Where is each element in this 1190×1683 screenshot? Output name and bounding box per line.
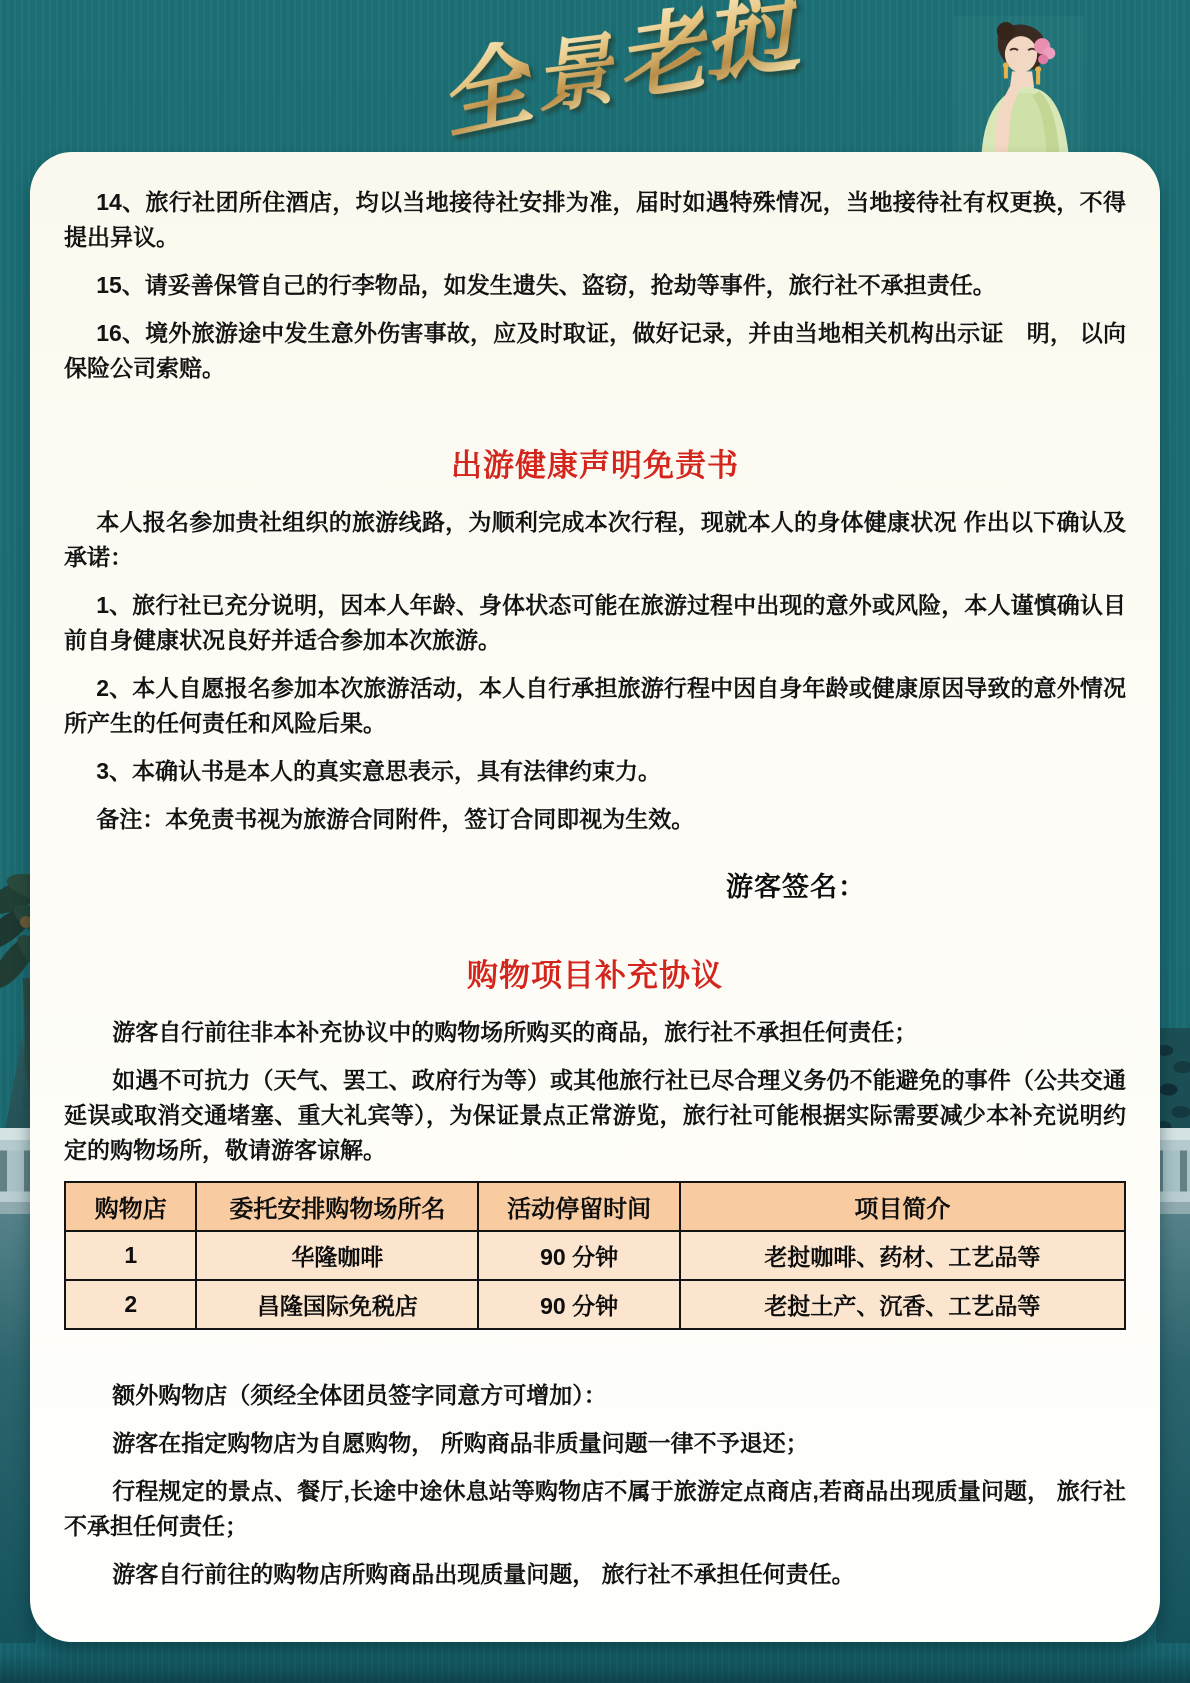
term-item-16: 16、境外旅游途中发生意外伤害事故，应及时取证，做好记录，并由当地相关机构出示证… — [64, 316, 1126, 386]
table-header-shop-no: 购物店 — [65, 1182, 196, 1231]
footer-note-1: 额外购物店（须经全体团员签字同意方可增加）： — [64, 1378, 1126, 1413]
shopping-agreement-title: 购物项目补充协议 — [64, 950, 1126, 995]
shopping-footer-notes: 额外购物店（须经全体团员签字同意方可增加）： 游客在指定购物店为自愿购物， 所购… — [64, 1378, 1126, 1592]
health-item-1: 1、旅行社已充分说明，因本人年龄、身体状态可能在旅游过程中出现的意外或风险，本人… — [64, 588, 1126, 658]
banner: 全景老挝 — [0, 0, 1190, 152]
shopping-paragraph-2: 如遇不可抗力（天气、罢工、政府行为等）或其他旅行社已尽合理义务仍不能避免的事件（… — [64, 1063, 1126, 1168]
brand-calligraphy-logo: 全景老挝 — [434, 0, 802, 124]
logo-char: 挝 — [697, 0, 805, 87]
health-item-3: 3、本确认书是本人的真实意思表示，具有法律约束力。 — [64, 754, 1126, 789]
bottom-shadow-band — [0, 1653, 1190, 1683]
health-note: 备注：本免责书视为旅游合同附件，签订合同即视为生效。 — [64, 802, 1126, 837]
logo-char: 全 — [431, 36, 542, 145]
footer-note-3: 行程规定的景点、餐厅,长途中途休息站等购物店不属于旅游定点商店,若商品出现质量问… — [64, 1474, 1126, 1544]
logo-char: 景 — [530, 29, 620, 117]
footer-note-2: 游客在指定购物店为自愿购物， 所购商品非质量问题一律不予退还； — [64, 1426, 1126, 1461]
cell-shop-no: 1 — [65, 1231, 196, 1280]
cell-description: 老挝土产、沉香、工艺品等 — [680, 1280, 1125, 1329]
table-row: 2 昌隆国际免税店 90 分钟 老挝土产、沉香、工艺品等 — [65, 1280, 1125, 1329]
term-item-14: 14、旅行社团所住酒店，均以当地接待社安排为准，届时如遇特殊情况，当地接待社有权… — [64, 185, 1126, 255]
shopping-paragraph-1: 游客自行前往非本补充协议中的购物场所购买的商品，旅行社不承担任何责任； — [64, 1015, 1126, 1050]
cell-shop-no: 2 — [65, 1280, 196, 1329]
health-item-2: 2、本人自愿报名参加本次旅游活动，本人自行承担旅游行程中因自身年龄或健康原因导致… — [64, 671, 1126, 741]
table-header-description: 项目简介 — [680, 1182, 1125, 1231]
woman-photo — [952, 16, 1086, 152]
shopping-table: 购物店 委托安排购物场所名 活动停留时间 项目简介 1 华隆咖啡 90 分钟 老… — [64, 1181, 1126, 1330]
water-decoration-right — [1156, 1214, 1190, 1643]
table-header-stay-time: 活动停留时间 — [478, 1182, 679, 1231]
cell-shop-name: 昌隆国际免税店 — [196, 1280, 478, 1329]
balustrade-decoration-right — [1156, 1128, 1190, 1214]
cell-shop-name: 华隆咖啡 — [196, 1231, 478, 1280]
health-intro: 本人报名参加贵社组织的旅游线路，为顺利完成本次行程，现就本人的身体健康状况 作出… — [64, 505, 1126, 575]
table-row: 1 华隆咖啡 90 分钟 老挝咖啡、药材、工艺品等 — [65, 1231, 1125, 1280]
table-header-shop-name: 委托安排购物场所名 — [196, 1182, 478, 1231]
cell-stay-time: 90 分钟 — [478, 1231, 679, 1280]
cell-stay-time: 90 分钟 — [478, 1280, 679, 1329]
document-card: 14、旅行社团所住酒店，均以当地接待社安排为准，届时如遇特殊情况，当地接待社有权… — [30, 152, 1160, 1642]
tourist-signature-label: 游客签名： — [726, 865, 1126, 904]
footer-note-4: 游客自行前往的购物店所购商品出现质量问题， 旅行社不承担任何责任。 — [64, 1557, 1126, 1592]
cell-description: 老挝咖啡、药材、工艺品等 — [680, 1231, 1125, 1280]
health-declaration-title: 出游健康声明免责书 — [64, 440, 1126, 485]
table-header-row: 购物店 委托安排购物场所名 活动停留时间 项目简介 — [65, 1182, 1125, 1231]
term-item-15: 15、请妥善保管自己的行李物品，如发生遗失、盗窃，抢劫等事件，旅行社不承担责任。 — [64, 268, 1126, 303]
